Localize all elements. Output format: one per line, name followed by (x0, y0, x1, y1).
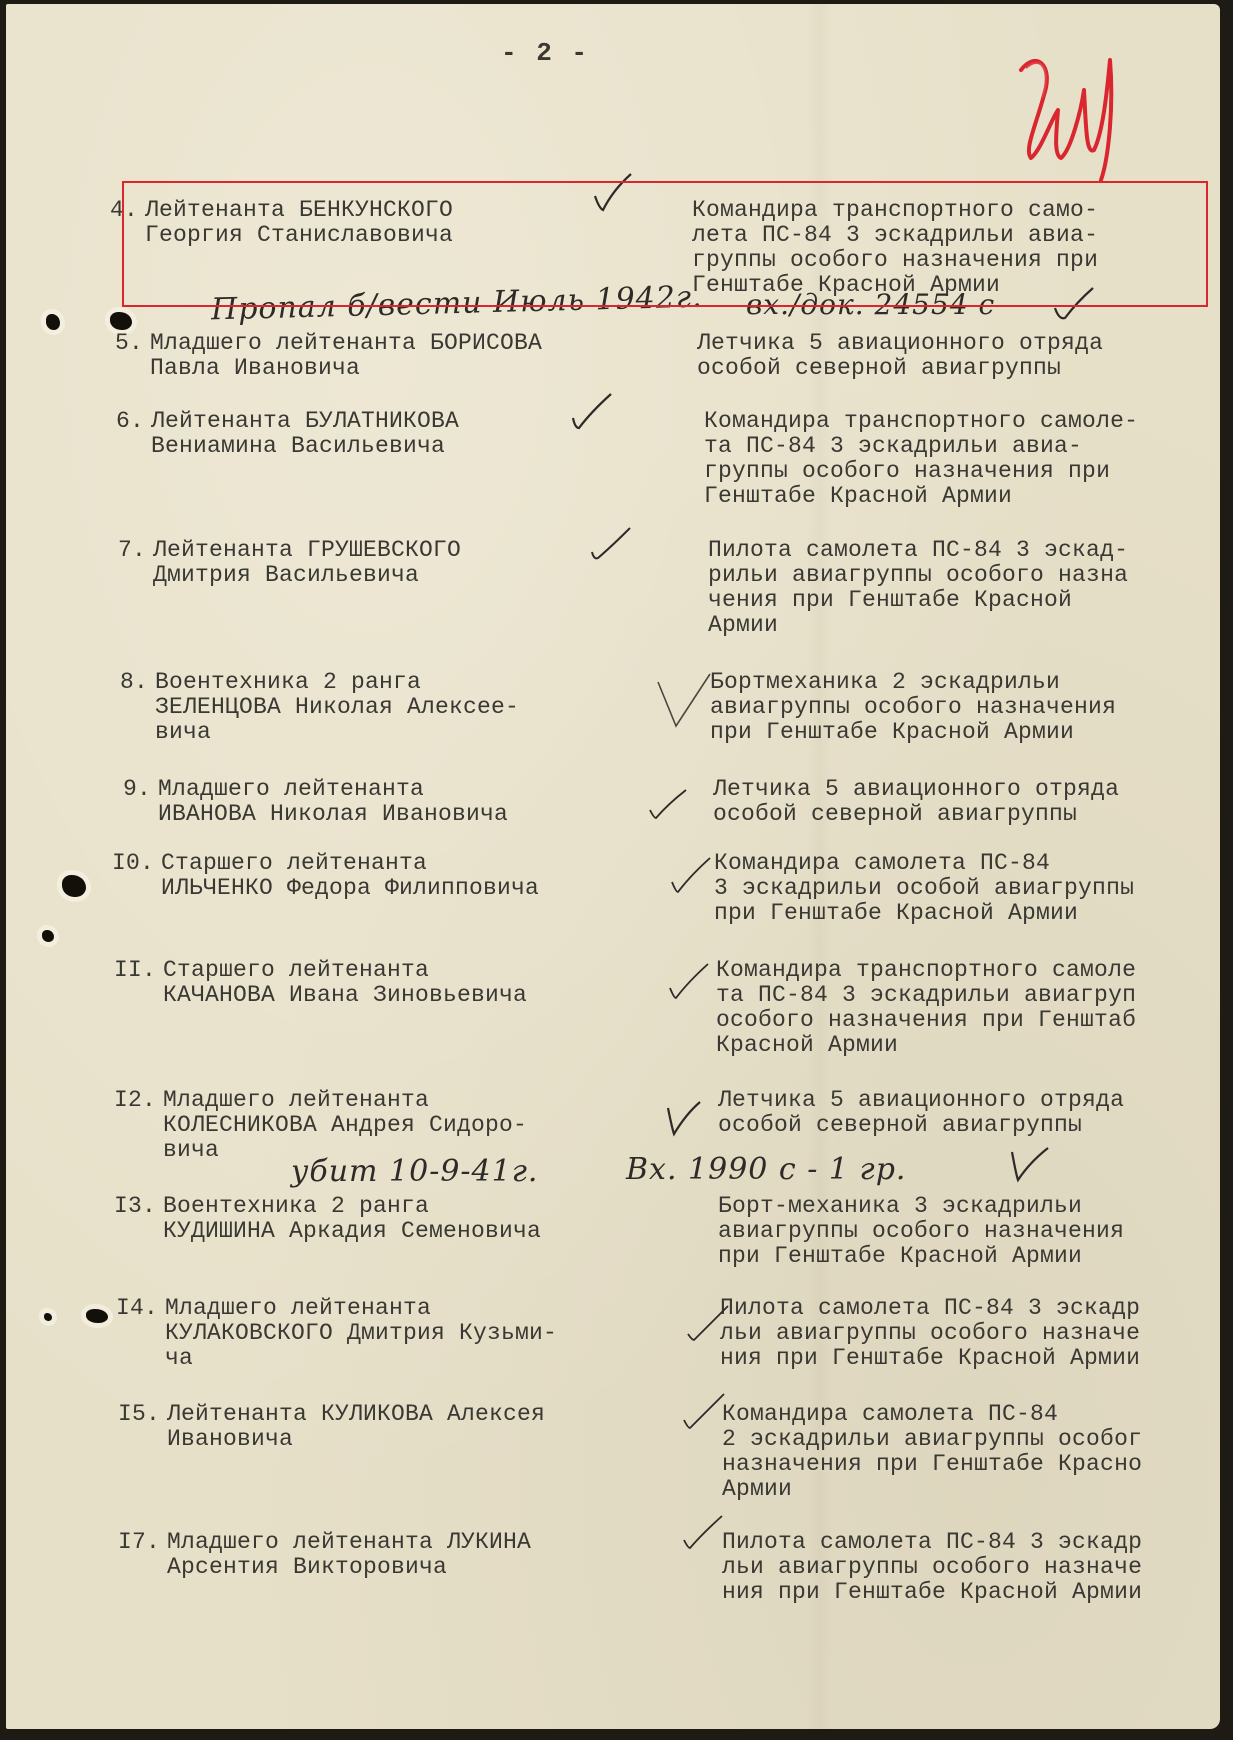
punch-hole (46, 314, 60, 330)
handwritten-note: убит 10-9-41г. (291, 1154, 538, 1189)
entry-number: I2. (106, 1088, 156, 1113)
entry-name: Воентехника 2 ранга КУДИШИНА Аркадия Сем… (163, 1194, 633, 1244)
checkmark-icon (591, 172, 635, 212)
checkmark-icon (1006, 1144, 1050, 1184)
punch-hole (42, 930, 54, 942)
entry-role: Бортмеханика 2 эскадрильи авиагруппы осо… (710, 670, 1233, 745)
checkmark-icon (686, 1304, 730, 1344)
entry-number: I0. (104, 851, 154, 876)
entry-role: Летчика 5 авиационного отряда особой сев… (713, 777, 1233, 827)
checkmark-icon (662, 1098, 706, 1138)
entry-number: 7. (96, 538, 146, 563)
entry-role: Летчика 5 авиационного отряда особой сев… (718, 1088, 1233, 1138)
entry-role: Командира транспортного самоле- та ПС-84… (704, 409, 1233, 509)
award-list-entry: I5. Лейтенанта КУЛИКОВА Алексея Иванович… (110, 1402, 1230, 1512)
entry-role: Командира самолета ПС-84 2 эскадрильи ав… (722, 1402, 1233, 1502)
checkmark-icon (646, 784, 690, 824)
entry-role: Борт-механика 3 эскадрильи авиагруппы ос… (718, 1194, 1233, 1269)
award-list-entry: 5. Младшего лейтенанта БОРИСОВА Павла Ив… (93, 331, 1213, 391)
entry-number: 6. (94, 409, 144, 434)
checkmark-icon (654, 672, 714, 732)
entry-name: Младшего лейтенанта КУЛАКОВСКОГО Дмитрия… (165, 1296, 635, 1371)
checkmark-icon (682, 1392, 726, 1432)
entry-role: Пилота самолета ПС-84 3 эскад- рильи ави… (708, 538, 1233, 638)
entry-name: Старшего лейтенанта ИЛЬЧЕНКО Федора Фили… (161, 851, 631, 901)
entry-name: Воентехника 2 ранга ЗЕЛЕНЦОВА Николая Ал… (155, 670, 625, 745)
checkmark-icon (680, 1514, 724, 1554)
entry-name: Младшего лейтенанта ИВАНОВА Николая Иван… (158, 777, 628, 827)
award-list-entry: I4. Младшего лейтенанта КУЛАКОВСКОГО Дми… (108, 1296, 1228, 1376)
entry-number: II. (106, 958, 156, 983)
entry-name: Младшего лейтенанта ЛУКИНА Арсентия Викт… (167, 1530, 637, 1580)
award-list-entry: 6. Лейтенанта БУЛАТНИКОВА Вениамина Васи… (94, 409, 1214, 519)
entry-name: Лейтенанта ГРУШЕВСКОГО Дмитрия Васильеви… (153, 538, 623, 588)
entry-name: Лейтенанта БУЛАТНИКОВА Вениамина Василье… (151, 409, 621, 459)
punch-hole (62, 875, 86, 897)
award-list-entry: I7. Младшего лейтенанта ЛУКИНА Арсентия … (110, 1530, 1230, 1610)
entry-number: 8. (98, 670, 148, 695)
entry-name: Младшего лейтенанта КОЛЕСНИКОВА Андрея С… (163, 1088, 633, 1163)
entry-number: I4. (108, 1296, 158, 1321)
entry-number: I5. (110, 1402, 160, 1427)
punch-hole (44, 1313, 52, 1321)
award-list-entry: 7. Лейтенанта ГРУШЕВСКОГО Дмитрия Василь… (96, 538, 1216, 648)
entry-number: I7. (110, 1530, 160, 1555)
entry-role: Летчика 5 авиационного отряда особой сев… (697, 331, 1227, 381)
entry-number: 5. (93, 331, 143, 356)
entry-number: I3. (106, 1194, 156, 1219)
entry-role: Командира транспортного само- лета ПС-84… (692, 198, 1222, 298)
entry-role: Пилота самолета ПС-84 3 эскадр льи авиаг… (722, 1530, 1233, 1605)
red-pencil-annotation-icon (996, 40, 1136, 190)
handwritten-note: Вх. 1990 с - 1 гр. (626, 1152, 906, 1187)
page-number: - 2 - (501, 38, 589, 68)
entry-role: Пилота самолета ПС-84 3 эскадр льи авиаг… (720, 1296, 1233, 1371)
entry-name: Лейтенанта КУЛИКОВА Алексея Ивановича (167, 1402, 637, 1452)
entry-name: Лейтенанта БЕНКУНСКОГО Георгия Станислав… (145, 198, 615, 248)
award-list-entry: I0. Старшего лейтенанта ИЛЬЧЕНКО Федора … (104, 851, 1224, 931)
entry-name: Старшего лейтенанта КАЧАНОВА Ивана Зинов… (163, 958, 633, 1008)
checkmark-icon (668, 856, 712, 896)
checkmark-icon (666, 962, 710, 1002)
checkmark-icon (588, 524, 632, 564)
checkmark-icon (569, 392, 613, 432)
checkmark-icon (1051, 282, 1095, 322)
punch-hole (86, 1309, 108, 1323)
entry-number: 4. (88, 198, 138, 223)
entry-name: Младшего лейтенанта БОРИСОВА Павла Ивано… (150, 331, 620, 381)
entry-role: Командира самолета ПС-84 3 эскадрильи ос… (714, 851, 1233, 926)
entry-role: Командира транспортного самоле та ПС-84 … (716, 958, 1233, 1058)
award-list-entry: I3. Воентехника 2 ранга КУДИШИНА Аркадия… (106, 1194, 1226, 1274)
punch-hole (110, 312, 132, 330)
handwritten-note: вх./док. 24554 с (746, 288, 995, 321)
entry-number: 9. (101, 777, 151, 802)
document-page: - 2 - 4. Лейтенанта БЕНКУНСКОГО Георгия … (6, 4, 1220, 1729)
